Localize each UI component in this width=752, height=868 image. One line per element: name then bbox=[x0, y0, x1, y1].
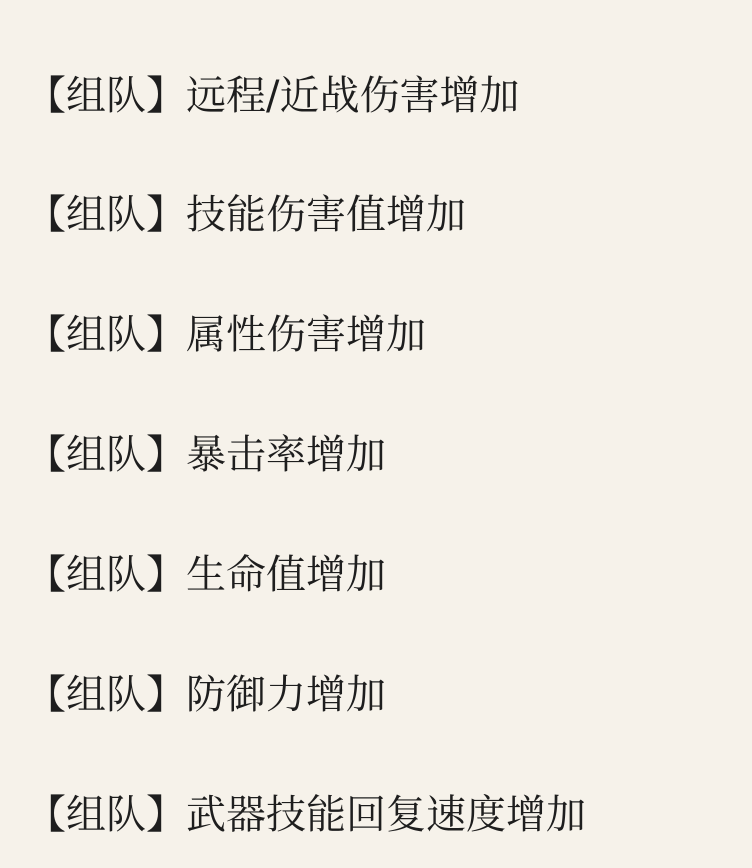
buff-list: 【组队】远程/近战伤害增加 【组队】技能伤害值增加 【组队】属性伤害增加 【组队… bbox=[0, 0, 752, 868]
buff-label: 远程/近战伤害增加 bbox=[186, 71, 519, 121]
team-tag: 【组队】 bbox=[26, 430, 186, 480]
buff-label: 生命值增加 bbox=[186, 550, 386, 600]
team-tag: 【组队】 bbox=[26, 71, 186, 121]
team-tag: 【组队】 bbox=[26, 310, 186, 360]
list-item: 【组队】技能伤害值增加 bbox=[26, 190, 466, 240]
list-item: 【组队】暴击率增加 bbox=[26, 430, 386, 480]
buff-label: 属性伤害增加 bbox=[186, 310, 426, 360]
list-item: 【组队】属性伤害增加 bbox=[26, 310, 426, 360]
list-item: 【组队】远程/近战伤害增加 bbox=[26, 71, 519, 121]
list-item: 【组队】防御力增加 bbox=[26, 670, 386, 720]
buff-label: 技能伤害值增加 bbox=[186, 190, 466, 240]
team-tag: 【组队】 bbox=[26, 790, 186, 840]
team-tag: 【组队】 bbox=[26, 550, 186, 600]
buff-label: 武器技能回复速度增加 bbox=[186, 790, 586, 840]
team-tag: 【组队】 bbox=[26, 670, 186, 720]
team-tag: 【组队】 bbox=[26, 190, 186, 240]
list-item: 【组队】生命值增加 bbox=[26, 550, 386, 600]
list-item: 【组队】武器技能回复速度增加 bbox=[26, 790, 586, 840]
buff-label: 防御力增加 bbox=[186, 670, 386, 720]
buff-label: 暴击率增加 bbox=[186, 430, 386, 480]
